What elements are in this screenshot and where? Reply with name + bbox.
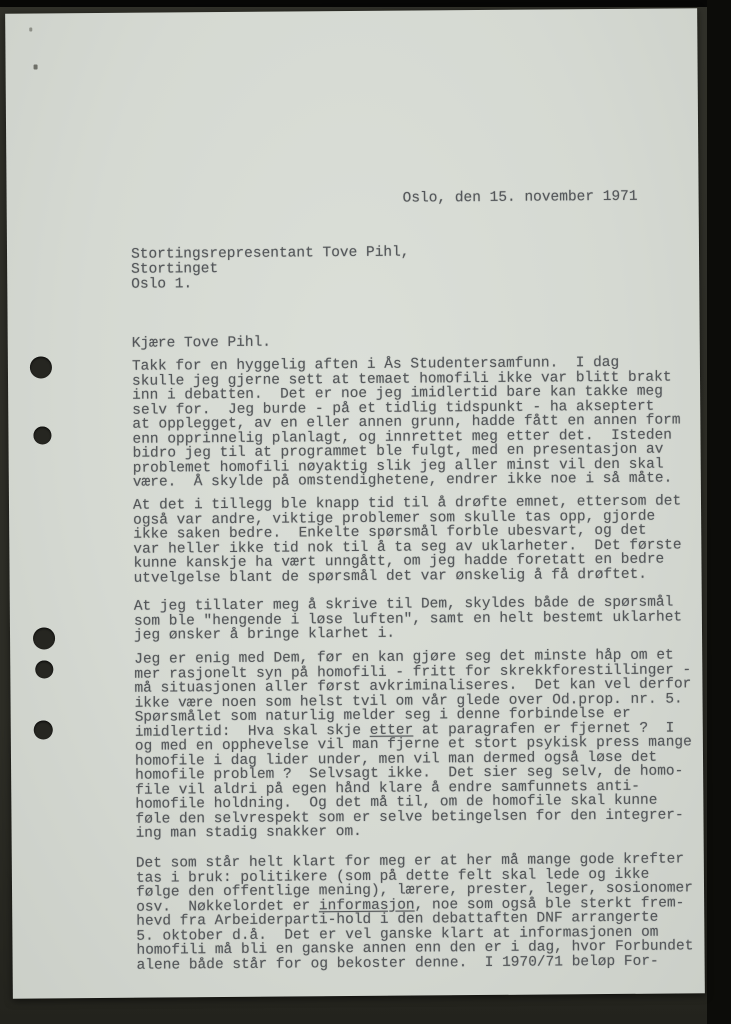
scan-edge-top <box>0 0 731 7</box>
punch-hole <box>34 720 53 739</box>
paper-speck <box>29 28 32 32</box>
scan-edge-right <box>707 0 731 1024</box>
letter-page: Oslo, den 15. november 1971 Stortingsrep… <box>5 8 705 998</box>
letter-paragraph: Det som står helt klart for meg er at he… <box>136 852 694 972</box>
letter-paragraph: At det i tillegg ble knapp tid til å drø… <box>133 494 682 585</box>
letter-paragraph: At jeg tillater meg å skrive til Dem, sk… <box>134 595 683 643</box>
punch-hole <box>30 356 52 378</box>
letter-paragraph: Jeg er enig med Dem, før en kan gjøre se… <box>134 648 692 841</box>
salutation: Kjære Tove Pihl. <box>132 336 271 352</box>
punch-hole <box>33 627 55 649</box>
punch-hole <box>35 660 53 678</box>
punch-hole <box>33 426 51 444</box>
date-line: Oslo, den 15. november 1971 <box>403 190 638 206</box>
letter-paragraph: Takk for en hyggelig aften i Ås Studente… <box>132 355 681 490</box>
recipient-address: Stortingsrepresentant Tove Pihl, Stortin… <box>131 246 410 293</box>
paper-speck <box>34 64 38 69</box>
